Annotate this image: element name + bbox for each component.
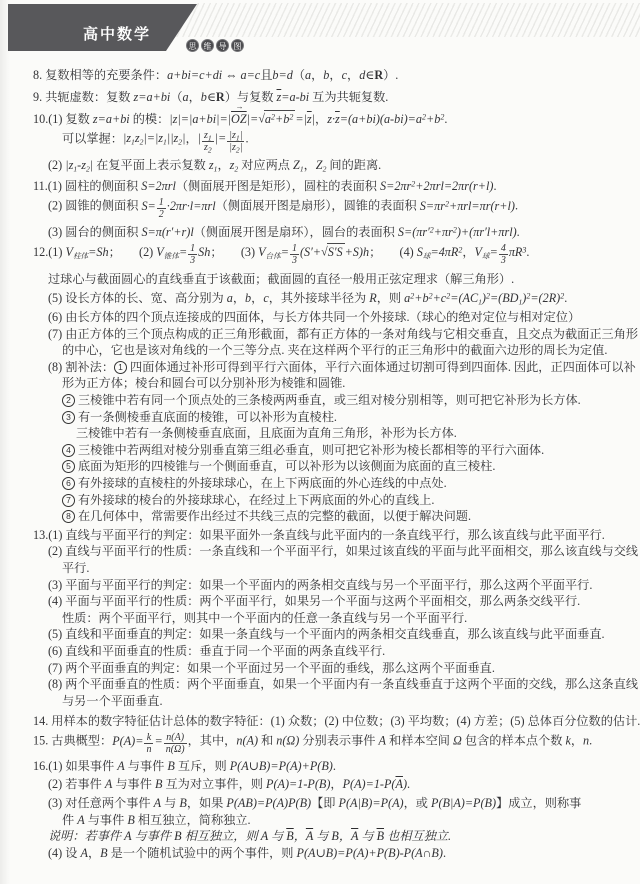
doc-line: 3有一条侧棱垂直底面的棱锥，可以补形为直棱柱. xyxy=(0,409,640,426)
doc-line: (5) 直线和平面垂直的判定：如果一条直线与一个平面内的两条相交直线垂直，那么该… xyxy=(0,626,640,643)
doc-line: 8. 复数相等的充要条件：a+bi=c+di ⇔ a=c且b=d（a，b，c，d… xyxy=(0,67,640,84)
doc-line: 5底面为矩形的四棱锥与一个侧面垂直，可以补形为以该侧面为底面的直三棱柱. xyxy=(0,458,640,475)
doc-line: (3) 圆台的侧面积 S=π(r′+r)l（侧面展开图是扇环），圆台的表面积 S… xyxy=(0,224,640,241)
doc-line: 8在几何体中，常需要作出经过不共线三点的完整的截面，以便于解决问题. xyxy=(0,508,640,525)
doc-line: 三棱锥中若有一条侧棱垂直底面，且底面为直角三角形，补形为长方体. xyxy=(0,425,640,442)
doc-line: (2) |z1-z2| 在复平面上表示复数 z1，z2 对应两点 Z1，Z2 间… xyxy=(0,157,640,174)
doc-line: 11.(1) 圆柱的侧面积 S=2πrl（侧面展开图是矩形），圆柱的表面积 S=… xyxy=(0,178,640,195)
hatch-stripes-decoration xyxy=(168,3,640,37)
doc-line: (2) 直线与平面平行的性质：一条直线和一个平面平行，如果过该直线的平面与此平面… xyxy=(0,543,640,560)
doc-line: (3) 平面与平面平行的判定：如果一个平面内的两条相交直线与另一个平面平行，那么… xyxy=(0,577,640,594)
doc-line: 说明：若事件 A 与事件 B 相互独立，则 A 与 B，A 与 B，A 与 B … xyxy=(0,828,640,845)
doc-line: 10.(1) 复数 z=a+bi 的模：|z|=|a+bi|=|OZ|=√a2+… xyxy=(0,110,640,128)
doc-line: (7) 两个平面垂直的判定：如果一个平面过另一个平面的垂线，那么这两个平面垂直. xyxy=(0,660,640,677)
doc-line: (7) 由正方体的三个顶点构成的正三角形截面，都有正方体的一条对角线与它相交垂直… xyxy=(0,326,640,343)
badge-char: 导 xyxy=(216,39,229,52)
badge-char: 思 xyxy=(186,39,199,52)
doc-line: 15. 古典概型：P(A)=kn=n(A)n(Ω)，其中，n(A) 和 n(Ω)… xyxy=(0,732,640,756)
doc-line: 13.(1) 直线与平面平行的判定：如果平面外一条直线与此平面内的一条直线平行，… xyxy=(0,527,640,544)
title-banner: 高中数学 xyxy=(8,4,197,51)
doc-line: 16.(1) 如果事件 A 与事件 B 互斥，则 P(A∪B)=P(A)+P(B… xyxy=(0,758,640,775)
doc-line: 4三棱锥中若两组对棱分别垂直第三组必垂直，则可把它补形为棱长都相等的平行六面体. xyxy=(0,442,640,459)
doc-line: (2) 圆锥的侧面积 S=12·2πr·l=πrl（侧面展开图是扇形），圆锥的表… xyxy=(0,197,640,221)
badge-char: 维 xyxy=(201,39,214,52)
doc-line: 性质：两个平面平行，则其中一个平面内的任意一条直线与另一个平面平行. xyxy=(0,610,640,627)
doc-line: (4) 设 A，B 是一个随机试验中的两个事件，则 P(A∪B)=P(A)+P(… xyxy=(0,845,640,862)
doc-line: (6) 由长方体的四个顶点连接成的四面体，与长方体共同一个外接球.（球心的绝对定… xyxy=(0,309,640,326)
doc-line: (3) 对任意两个事件 A 与 B，如果 P(AB)=P(A)P(B)【即 P(… xyxy=(0,795,640,812)
doc-line: 可以掌握：|z1z2|=|z1||z2|，|z1z2|=|z1||z2|. xyxy=(0,130,640,154)
doc-line: 过球心与截面圆心的直线垂直于该截面；截面圆的直径一般用正弦定理求（解三角形）. xyxy=(0,271,640,288)
page-title: 高中数学 xyxy=(83,23,151,44)
doc-line: (2) 若事件 A 与事件 B 互为对立事件，则 P(A)=1-P(B)，P(A… xyxy=(0,776,640,793)
document-body: 8. 复数相等的充要条件：a+bi=c+di ⇔ a=c且b=d（a，b，c，d… xyxy=(0,62,640,861)
page: 高中数学 思维导图 8. 复数相等的充要条件：a+bi=c+di ⇔ a=c且b… xyxy=(0,0,640,884)
doc-line: 形为正方体；棱台和圆台可以分别补形为棱锥和圆锥. xyxy=(0,375,640,392)
doc-line: 7有外接球的棱台的外接球球心，在经过上下两底面的外心的直线上. xyxy=(0,492,640,509)
doc-line: 与另一个平面垂直. xyxy=(0,693,640,710)
doc-line: (6) 直线和平面垂直的性质：垂直于同一个平面的两条直线平行. xyxy=(0,643,640,660)
badge-char: 图 xyxy=(231,39,244,52)
doc-line: 12.(1) V柱体=Sh； (2) V锥体=13Sh； (3) V台体=13(… xyxy=(0,243,640,267)
doc-line: (8) 两个平面垂直的性质：两个平面垂直，如果一个平面内有一条直线垂直于这两个平… xyxy=(0,676,640,693)
doc-line: 2三棱锥中若有同一个顶点处的三条棱两两垂直，或三组对棱分别相等，则可把它补形为长… xyxy=(0,392,640,409)
doc-line: 14. 用样本的数字特征估计总体的数字特征：(1) 众数；(2) 中位数；(3)… xyxy=(0,713,640,730)
doc-line: 6有外接球的直棱柱的外接球球心，在上下两底面的外心连线的中点处. xyxy=(0,475,640,492)
doc-line: (8) 割补法：1四面体通过补形可得到平行六面体，平行六面体通过切割可得到四面体… xyxy=(0,359,640,376)
doc-line: 的中心，它也是该对角线的一个三等分点. 夹在这样两个平行的正三角形中的截面六边形… xyxy=(0,342,640,359)
doc-line: 平行. xyxy=(0,560,640,577)
doc-line: 9. 共轭虚数：复数 z=a+bi（a，b∈R）与复数 z=a-bi 互为共轭复… xyxy=(0,89,640,106)
doc-line: (5) 设长方体的长、宽、高分别为 a，b，c，其外接球半径为 R，则 a2+b… xyxy=(0,290,640,307)
badge-group: 思维导图 xyxy=(186,39,244,52)
doc-line: (4) 平面与平面平行的性质：两个平面平行，如果另一个平面与这两个平面相交，那么… xyxy=(0,593,640,610)
doc-line: 件 A 与事件 B 相互独立，简称独立. xyxy=(0,812,640,829)
